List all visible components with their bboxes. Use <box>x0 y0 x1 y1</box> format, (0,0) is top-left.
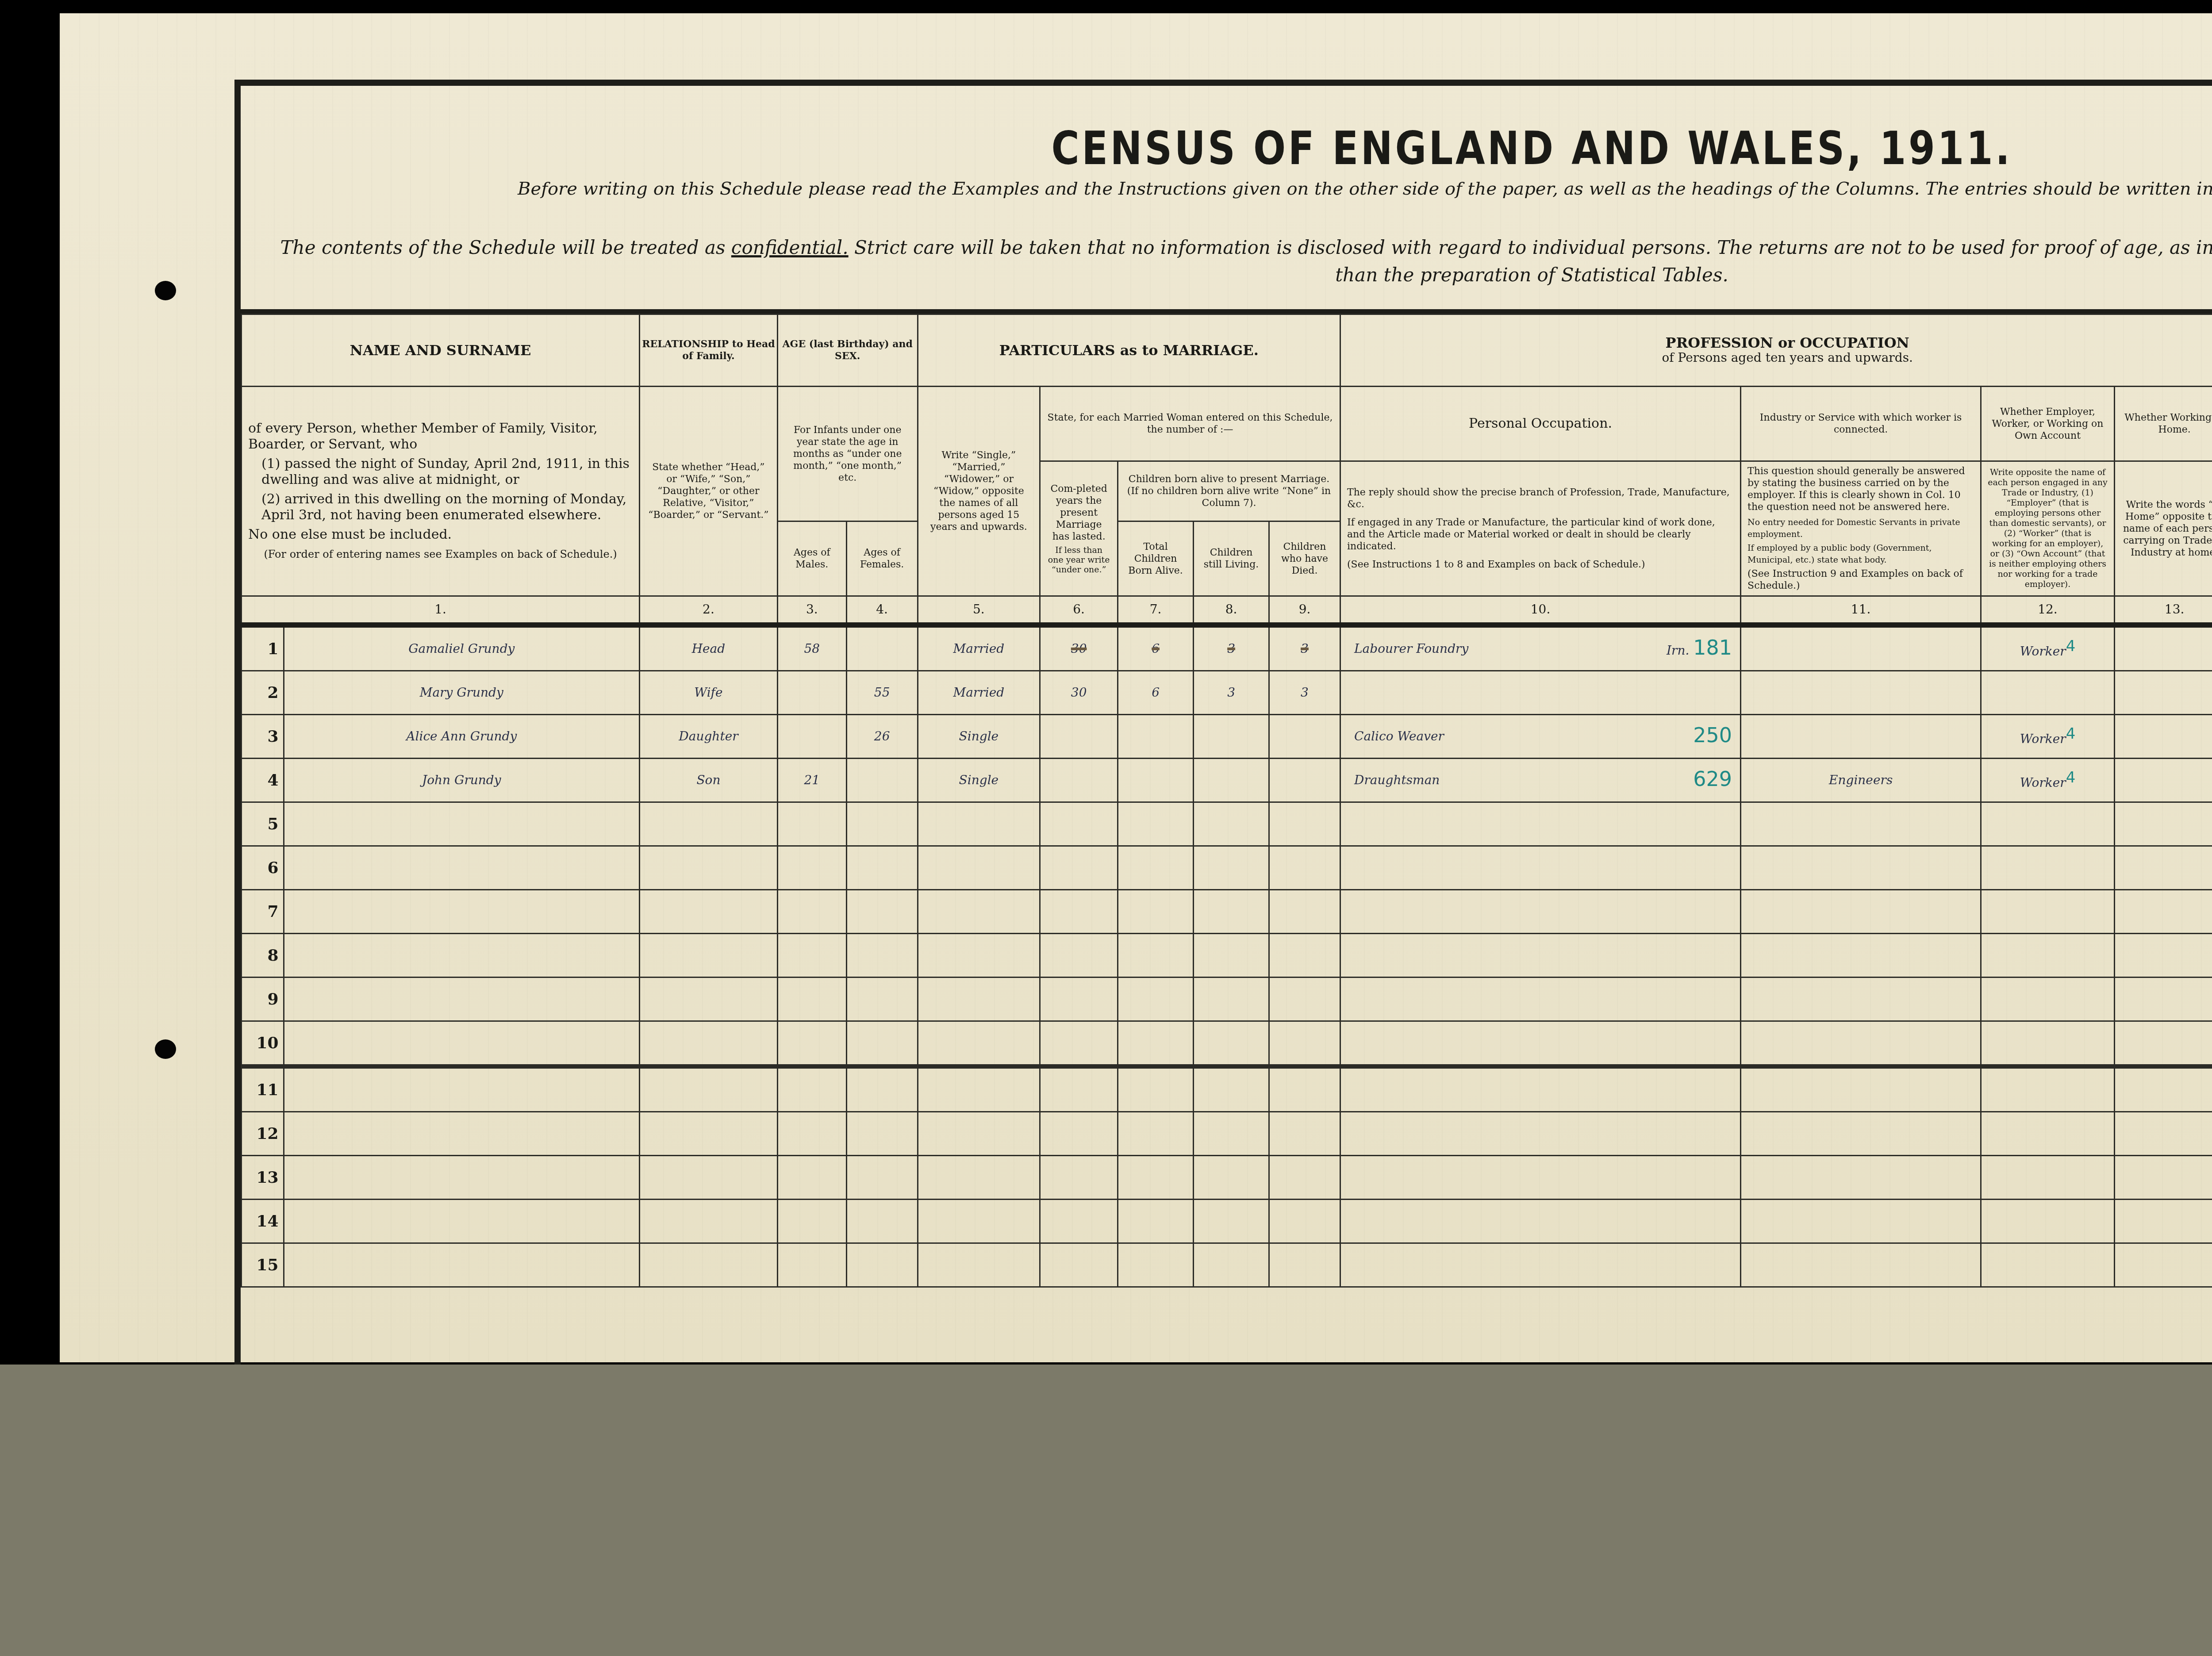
occupation-code: 629 <box>1693 767 1732 791</box>
marital-condition <box>918 1112 1040 1156</box>
working-at-home <box>2114 1200 2212 1243</box>
personal-occupation: Calico Weaver 250 <box>1340 715 1740 759</box>
working-at-home <box>2114 715 2212 759</box>
table-row: 15 <box>242 1243 2212 1287</box>
industry <box>1741 671 1981 715</box>
children-living <box>1194 1200 1269 1243</box>
employment-status <box>1981 1156 2115 1200</box>
marital-condition: Single <box>918 759 1040 802</box>
person-name <box>284 1066 640 1112</box>
working-at-home <box>2114 1112 2212 1156</box>
table-row: 13 <box>242 1156 2212 1200</box>
working-at-home <box>2114 671 2212 715</box>
children-died <box>1269 890 1340 934</box>
children-died <box>1269 934 1340 977</box>
industry <box>1741 715 1981 759</box>
table-row: 9 <box>242 977 2212 1021</box>
person-name <box>284 1021 640 1067</box>
children-living <box>1194 1112 1269 1156</box>
employer-status-instructions: Write opposite the name of each person e… <box>1981 461 2115 596</box>
census-schedule-paper: CENSUS OF ENGLAND AND WALES, 1911. Befor… <box>60 13 2212 1362</box>
person-name <box>284 1156 640 1200</box>
marriage-years <box>1040 1066 1118 1112</box>
marriage-years <box>1040 802 1118 846</box>
document-title: CENSUS OF ENGLAND AND WALES, 1911. <box>344 121 2212 175</box>
employment-status: Worker4 <box>1981 625 2115 671</box>
children-total <box>1118 759 1194 802</box>
employment-status <box>1981 802 2115 846</box>
relationship-instructions: State whether “Head,” or “Wife,” “Son,” … <box>640 387 778 596</box>
children-total: 6 <box>1118 671 1194 715</box>
children-died: 3 <box>1269 671 1340 715</box>
children-living: 3 <box>1194 671 1269 715</box>
table-row: 2 Mary Grundy Wife 55 Married 30 6 3 3 H… <box>242 671 2212 715</box>
row-number: 6 <box>242 846 284 890</box>
industry <box>1741 1066 1981 1112</box>
person-name <box>284 890 640 934</box>
table-row: 10 <box>242 1021 2212 1067</box>
header-ages-females: Ages of Females. <box>846 521 918 596</box>
age-male <box>777 846 846 890</box>
age-male <box>777 1021 846 1067</box>
children-died <box>1269 1112 1340 1156</box>
marriage-years <box>1040 890 1118 934</box>
children-total <box>1118 1021 1194 1067</box>
marriage-years <box>1040 1112 1118 1156</box>
children-total: 6 <box>1118 625 1194 671</box>
married-woman-instructions: State, for each Married Woman entered on… <box>1040 387 1340 461</box>
row-number: 9 <box>242 977 284 1021</box>
industry <box>1741 890 1981 934</box>
children-died <box>1269 1156 1340 1200</box>
children-died <box>1269 977 1340 1021</box>
working-at-home <box>2114 759 2212 802</box>
marriage-years <box>1040 1200 1118 1243</box>
age-male <box>777 1200 846 1243</box>
age-female <box>846 1243 918 1287</box>
industry <box>1741 1021 1981 1067</box>
industry <box>1741 625 1981 671</box>
children-total <box>1118 1156 1194 1200</box>
employment-code: 4 <box>2066 769 2076 786</box>
personal-occupation <box>1340 977 1740 1021</box>
children-total <box>1118 1243 1194 1287</box>
employment-status <box>1981 671 2115 715</box>
working-at-home <box>2114 1066 2212 1112</box>
table-row: 6 <box>242 846 2212 890</box>
punch-hole-icon <box>155 281 176 300</box>
personal-occupation <box>1340 1021 1740 1067</box>
children-died <box>1269 759 1340 802</box>
industry <box>1741 934 1981 977</box>
industry <box>1741 977 1981 1021</box>
children-died <box>1269 802 1340 846</box>
children-total <box>1118 715 1194 759</box>
employment-status <box>1981 1200 2115 1243</box>
industry-instructions: This question should generally be answer… <box>1741 461 1981 596</box>
children-living <box>1194 802 1269 846</box>
instruction-line: Before writing on this Schedule please r… <box>418 179 2212 199</box>
employment-code: 4 <box>2066 637 2076 655</box>
age-female <box>846 625 918 671</box>
personal-occupation <box>1340 1112 1740 1156</box>
marriage-years <box>1040 1243 1118 1287</box>
age-male <box>777 934 846 977</box>
person-name: Alice Ann Grundy <box>284 715 640 759</box>
working-at-home <box>2114 1156 2212 1200</box>
marital-condition <box>918 1156 1040 1200</box>
marital-condition <box>918 1066 1040 1112</box>
relationship <box>640 934 778 977</box>
relationship <box>640 890 778 934</box>
relationship <box>640 1112 778 1156</box>
relationship <box>640 1156 778 1200</box>
row-number: 15 <box>242 1243 284 1287</box>
children-living <box>1194 1066 1269 1112</box>
children-living <box>1194 759 1269 802</box>
census-table: NAME AND SURNAME RELATIONSHIP to Head of… <box>241 314 2212 1288</box>
header-relationship: RELATIONSHIP to Head of Family. <box>640 314 778 387</box>
relationship <box>640 1243 778 1287</box>
working-at-home <box>2114 846 2212 890</box>
header-employer-status: Whether Employer, Worker, or Working on … <box>1981 387 2115 461</box>
working-at-home-instructions: Write the words “At Home” opposite the n… <box>2114 461 2212 596</box>
industry <box>1741 846 1981 890</box>
header-occupation: PROFESSION or OCCUPATION of Persons aged… <box>1340 314 2212 387</box>
row-number: 4 <box>242 759 284 802</box>
scan-background <box>0 1365 2212 1656</box>
age-female <box>846 1021 918 1067</box>
children-died: 3 <box>1269 625 1340 671</box>
row-number: 14 <box>242 1200 284 1243</box>
marriage-years <box>1040 715 1118 759</box>
row-number: 12 <box>242 1112 284 1156</box>
header-personal-occupation: Personal Occupation. <box>1340 387 1740 461</box>
occupation-code: 181 <box>1693 636 1732 659</box>
children-died <box>1269 1066 1340 1112</box>
table-row: 7 <box>242 890 2212 934</box>
employment-status <box>1981 934 2115 977</box>
age-male <box>777 1112 846 1156</box>
age-female <box>846 1112 918 1156</box>
table-row: 3 Alice Ann Grundy Daughter 26 Single Ca… <box>242 715 2212 759</box>
children-total <box>1118 1112 1194 1156</box>
personal-occupation <box>1340 846 1740 890</box>
employment-status: Worker4 <box>1981 759 2115 802</box>
children-living <box>1194 715 1269 759</box>
marriage-years <box>1040 1156 1118 1200</box>
confidentiality-notice: The contents of the Schedule will be tre… <box>267 234 2212 289</box>
working-at-home <box>2114 934 2212 977</box>
relationship <box>640 977 778 1021</box>
children-total <box>1118 977 1194 1021</box>
header-industry: Industry or Service with which worker is… <box>1741 387 1981 461</box>
row-number: 11 <box>242 1066 284 1112</box>
employment-status <box>1981 1066 2115 1112</box>
row-number: 7 <box>242 890 284 934</box>
person-name <box>284 1112 640 1156</box>
relationship: Wife <box>640 671 778 715</box>
header-name: NAME AND SURNAME <box>242 314 640 387</box>
age-male <box>777 671 846 715</box>
working-at-home <box>2114 977 2212 1021</box>
employment-status <box>1981 1112 2115 1156</box>
industry <box>1741 1156 1981 1200</box>
header-marriage: PARTICULARS as to MARRIAGE. <box>918 314 1340 387</box>
row-number: 10 <box>242 1021 284 1067</box>
marital-condition: Single <box>918 715 1040 759</box>
age-female <box>846 977 918 1021</box>
table-row: 11 <box>242 1066 2212 1112</box>
working-at-home <box>2114 802 2212 846</box>
header-age: AGE (last Birthday) and SEX. <box>777 314 918 387</box>
children-died <box>1269 1021 1340 1067</box>
punch-hole-icon <box>155 1039 176 1059</box>
age-male <box>777 890 846 934</box>
personal-occupation-instructions: The reply should show the precise branch… <box>1340 461 1740 596</box>
relationship <box>640 1021 778 1067</box>
marriage-years-instructions: Com-pleted years the present Marriage ha… <box>1040 461 1118 596</box>
working-at-home <box>2114 625 2212 671</box>
person-name: Mary Grundy <box>284 671 640 715</box>
children-living <box>1194 1156 1269 1200</box>
occupation-code: 250 <box>1693 723 1732 747</box>
relationship <box>640 846 778 890</box>
age-female: 55 <box>846 671 918 715</box>
children-total <box>1118 1066 1194 1112</box>
header-children-living: Children still Living. <box>1194 521 1269 596</box>
relationship: Son <box>640 759 778 802</box>
age-male <box>777 1066 846 1112</box>
children-living: 3 <box>1194 625 1269 671</box>
personal-occupation <box>1340 671 1740 715</box>
relationship <box>640 1066 778 1112</box>
personal-occupation <box>1340 1243 1740 1287</box>
age-female <box>846 846 918 890</box>
personal-occupation: Draughtsman 629 <box>1340 759 1740 802</box>
children-died <box>1269 1243 1340 1287</box>
marriage-condition-instructions: Write “Single,” “Married,” “Widower,” or… <box>918 387 1040 596</box>
table-row: 4 John Grundy Son 21 Single Draughtsman … <box>242 759 2212 802</box>
industry <box>1741 1112 1981 1156</box>
marital-condition <box>918 802 1040 846</box>
employment-status <box>1981 890 2115 934</box>
person-name <box>284 1200 640 1243</box>
relationship <box>640 802 778 846</box>
table-row: 14 <box>242 1200 2212 1243</box>
children-died <box>1269 846 1340 890</box>
marriage-years <box>1040 1021 1118 1067</box>
confidential-emphasis: confidential. <box>731 237 849 258</box>
employment-status <box>1981 1243 2115 1287</box>
age-female <box>846 890 918 934</box>
marriage-years: 30 <box>1040 671 1118 715</box>
industry <box>1741 1200 1981 1243</box>
marital-condition <box>918 890 1040 934</box>
children-total <box>1118 846 1194 890</box>
personal-occupation: Labourer Foundry Irn. 181 <box>1340 625 1740 671</box>
personal-occupation <box>1340 1156 1740 1200</box>
relationship: Daughter <box>640 715 778 759</box>
row-number: 5 <box>242 802 284 846</box>
row-number: 8 <box>242 934 284 977</box>
person-name: John Grundy <box>284 759 640 802</box>
census-table-area: NAME AND SURNAME RELATIONSHIP to Head of… <box>241 309 2212 1378</box>
age-male <box>777 715 846 759</box>
header-working-at-home: Whether Working at Home. <box>2114 387 2212 461</box>
marital-condition <box>918 1200 1040 1243</box>
marital-condition: Married <box>918 671 1040 715</box>
column-number-row: 1. 2. 3. 4. 5. 6. 7. 8. 9. 10. 11. 12. 1… <box>242 596 2212 625</box>
table-row: 8 <box>242 934 2212 977</box>
employment-code: 4 <box>2066 725 2076 743</box>
children-total <box>1118 1200 1194 1243</box>
children-died <box>1269 1200 1340 1243</box>
header-ages-males: Ages of Males. <box>777 521 846 596</box>
personal-occupation <box>1340 890 1740 934</box>
person-name <box>284 846 640 890</box>
marital-condition <box>918 1243 1040 1287</box>
age-male <box>777 977 846 1021</box>
marital-condition: Married <box>918 625 1040 671</box>
age-female: 26 <box>846 715 918 759</box>
age-female <box>846 934 918 977</box>
children-instructions: Children born alive to present Marriage.… <box>1118 461 1340 521</box>
children-total <box>1118 890 1194 934</box>
age-male <box>777 1243 846 1287</box>
employment-status <box>1981 977 2115 1021</box>
age-female <box>846 1156 918 1200</box>
age-male: 58 <box>777 625 846 671</box>
person-name: Gamaliel Grundy <box>284 625 640 671</box>
personal-occupation <box>1340 1066 1740 1112</box>
marital-condition <box>918 846 1040 890</box>
children-died <box>1269 715 1340 759</box>
age-male <box>777 1156 846 1200</box>
relationship <box>640 1200 778 1243</box>
marriage-years <box>1040 934 1118 977</box>
marriage-years <box>1040 759 1118 802</box>
table-row: 1 Gamaliel Grundy Head 58 Married 30 6 3… <box>242 625 2212 671</box>
personal-occupation <box>1340 802 1740 846</box>
working-at-home <box>2114 1021 2212 1067</box>
children-living <box>1194 934 1269 977</box>
person-name <box>284 802 640 846</box>
person-name <box>284 934 640 977</box>
marital-condition <box>918 1021 1040 1067</box>
personal-occupation <box>1340 1200 1740 1243</box>
personal-occupation <box>1340 934 1740 977</box>
row-number: 1 <box>242 625 284 671</box>
row-number: 13 <box>242 1156 284 1200</box>
marriage-years <box>1040 977 1118 1021</box>
marriage-years <box>1040 846 1118 890</box>
industry <box>1741 1243 1981 1287</box>
header-children-died: Children who have Died. <box>1269 521 1340 596</box>
employment-status: Worker4 <box>1981 715 2115 759</box>
age-female <box>846 1066 918 1112</box>
marital-condition <box>918 977 1040 1021</box>
working-at-home <box>2114 890 2212 934</box>
age-female <box>846 1200 918 1243</box>
schedule-frame: CENSUS OF ENGLAND AND WALES, 1911. Befor… <box>234 80 2212 1373</box>
marital-condition <box>918 934 1040 977</box>
age-female <box>846 759 918 802</box>
children-living <box>1194 1021 1269 1067</box>
age-male: 21 <box>777 759 846 802</box>
working-at-home <box>2114 1243 2212 1287</box>
industry <box>1741 802 1981 846</box>
industry: Engineers <box>1741 759 1981 802</box>
marriage-years: 30 <box>1040 625 1118 671</box>
relationship: Head <box>640 625 778 671</box>
age-female <box>846 802 918 846</box>
age-instructions: For Infants under one year state the age… <box>777 387 918 521</box>
children-living <box>1194 1243 1269 1287</box>
name-instructions: of every Person, whether Member of Famil… <box>242 387 640 596</box>
person-name <box>284 977 640 1021</box>
row-number: 3 <box>242 715 284 759</box>
row-number: 2 <box>242 671 284 715</box>
children-living <box>1194 890 1269 934</box>
person-name <box>284 1243 640 1287</box>
age-male <box>777 802 846 846</box>
children-total <box>1118 934 1194 977</box>
children-total <box>1118 802 1194 846</box>
employment-status <box>1981 1021 2115 1067</box>
header-total-children: Total Children Born Alive. <box>1118 521 1194 596</box>
table-row: 12 <box>242 1112 2212 1156</box>
table-row: 5 <box>242 802 2212 846</box>
children-living <box>1194 846 1269 890</box>
children-living <box>1194 977 1269 1021</box>
employment-status <box>1981 846 2115 890</box>
